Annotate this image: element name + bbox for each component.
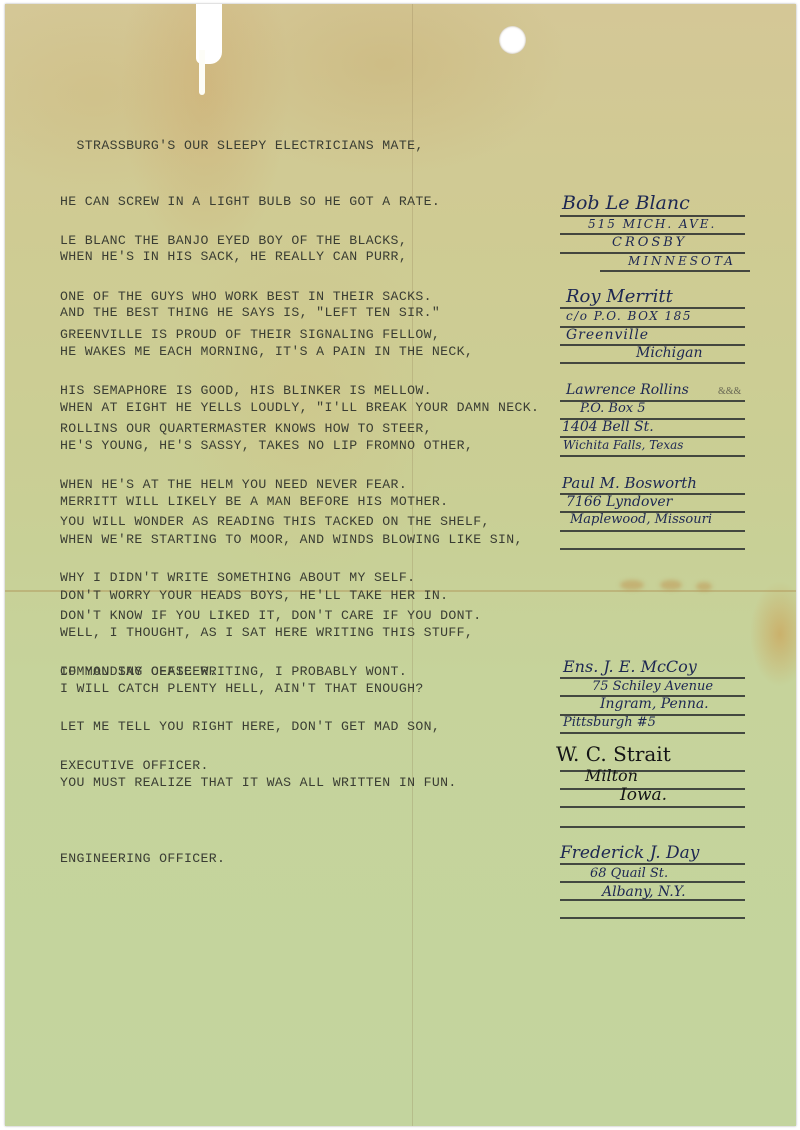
signature-name: W. C. Strait (556, 742, 671, 766)
signature-address: Michigan (636, 345, 702, 361)
commanding-officer-label: COMMANDING OFFICER. (60, 663, 217, 682)
signature-name: Ens. J. E. McCoy (563, 657, 697, 676)
stain (696, 582, 712, 591)
signature-address: CROSBY (612, 235, 687, 250)
poem-line: GREENVILLE IS PROUD OF THEIR SIGNALING F… (60, 326, 473, 345)
stain (660, 580, 682, 590)
signature-address: 515 MICH. AVE. (588, 217, 716, 231)
signature-address: Wichita Falls, Texas (563, 438, 683, 452)
signature-address: 7166 Lyndover (566, 494, 672, 510)
poem-line: LE BLANC THE BANJO EYED BOY OF THE BLACK… (60, 232, 539, 251)
signature-address: Maplewood, Missouri (570, 512, 712, 527)
signature-address: Iowa. (620, 785, 667, 805)
engineering-officer-label: ENGINEERING OFFICER. (60, 850, 225, 869)
signature-address: 75 Schiley Avenue (592, 679, 713, 694)
poem-line: STRASSBURG'S OUR SLEEPY ELECTRICIANS MAT… (60, 137, 440, 156)
signature-address: 1404 Bell St. (562, 419, 654, 435)
torn-strip (199, 50, 205, 95)
stray-marks: &&& (718, 386, 741, 397)
poem-line: YOU MUST REALIZE THAT IT WAS ALL WRITTEN… (60, 774, 481, 793)
signature-address: 68 Quail St. (590, 866, 668, 881)
punch-hole (499, 26, 526, 54)
signature-address: Greenville (566, 327, 649, 343)
signature-name: Frederick J. Day (560, 843, 699, 863)
signature-name: Roy Merritt (566, 286, 673, 307)
signature-address: Milton (585, 766, 638, 785)
signature-address: Albany, N.Y. (602, 884, 686, 900)
signature-address: c/o P.O. BOX 185 (566, 309, 692, 323)
signature-address: Ingram, Penna. (600, 696, 709, 712)
signature-name: Paul M. Bosworth (562, 474, 697, 492)
signature-address: Pittsburgh #5 (563, 715, 656, 730)
poem-line: DON'T KNOW IF YOU LIKED IT, DON'T CARE I… (60, 607, 481, 626)
signature-name: Lawrence Rollins (566, 382, 689, 398)
poem-line: LET ME TELL YOU RIGHT HERE, DON'T GET MA… (60, 718, 481, 737)
poem-line: ROLLINS OUR QUARTERMASTER KNOWS HOW TO S… (60, 420, 523, 439)
signature-name: Bob Le Blanc (562, 192, 690, 214)
poem-line: YOU WILL WONDER AS READING THIS TACKED O… (60, 513, 490, 532)
signature-address: MINNESOTA (628, 254, 736, 268)
executive-officer-label: EXECUTIVE OFFICER. (60, 757, 209, 776)
signature-address: P.O. Box 5 (580, 401, 646, 416)
stain (620, 580, 644, 590)
